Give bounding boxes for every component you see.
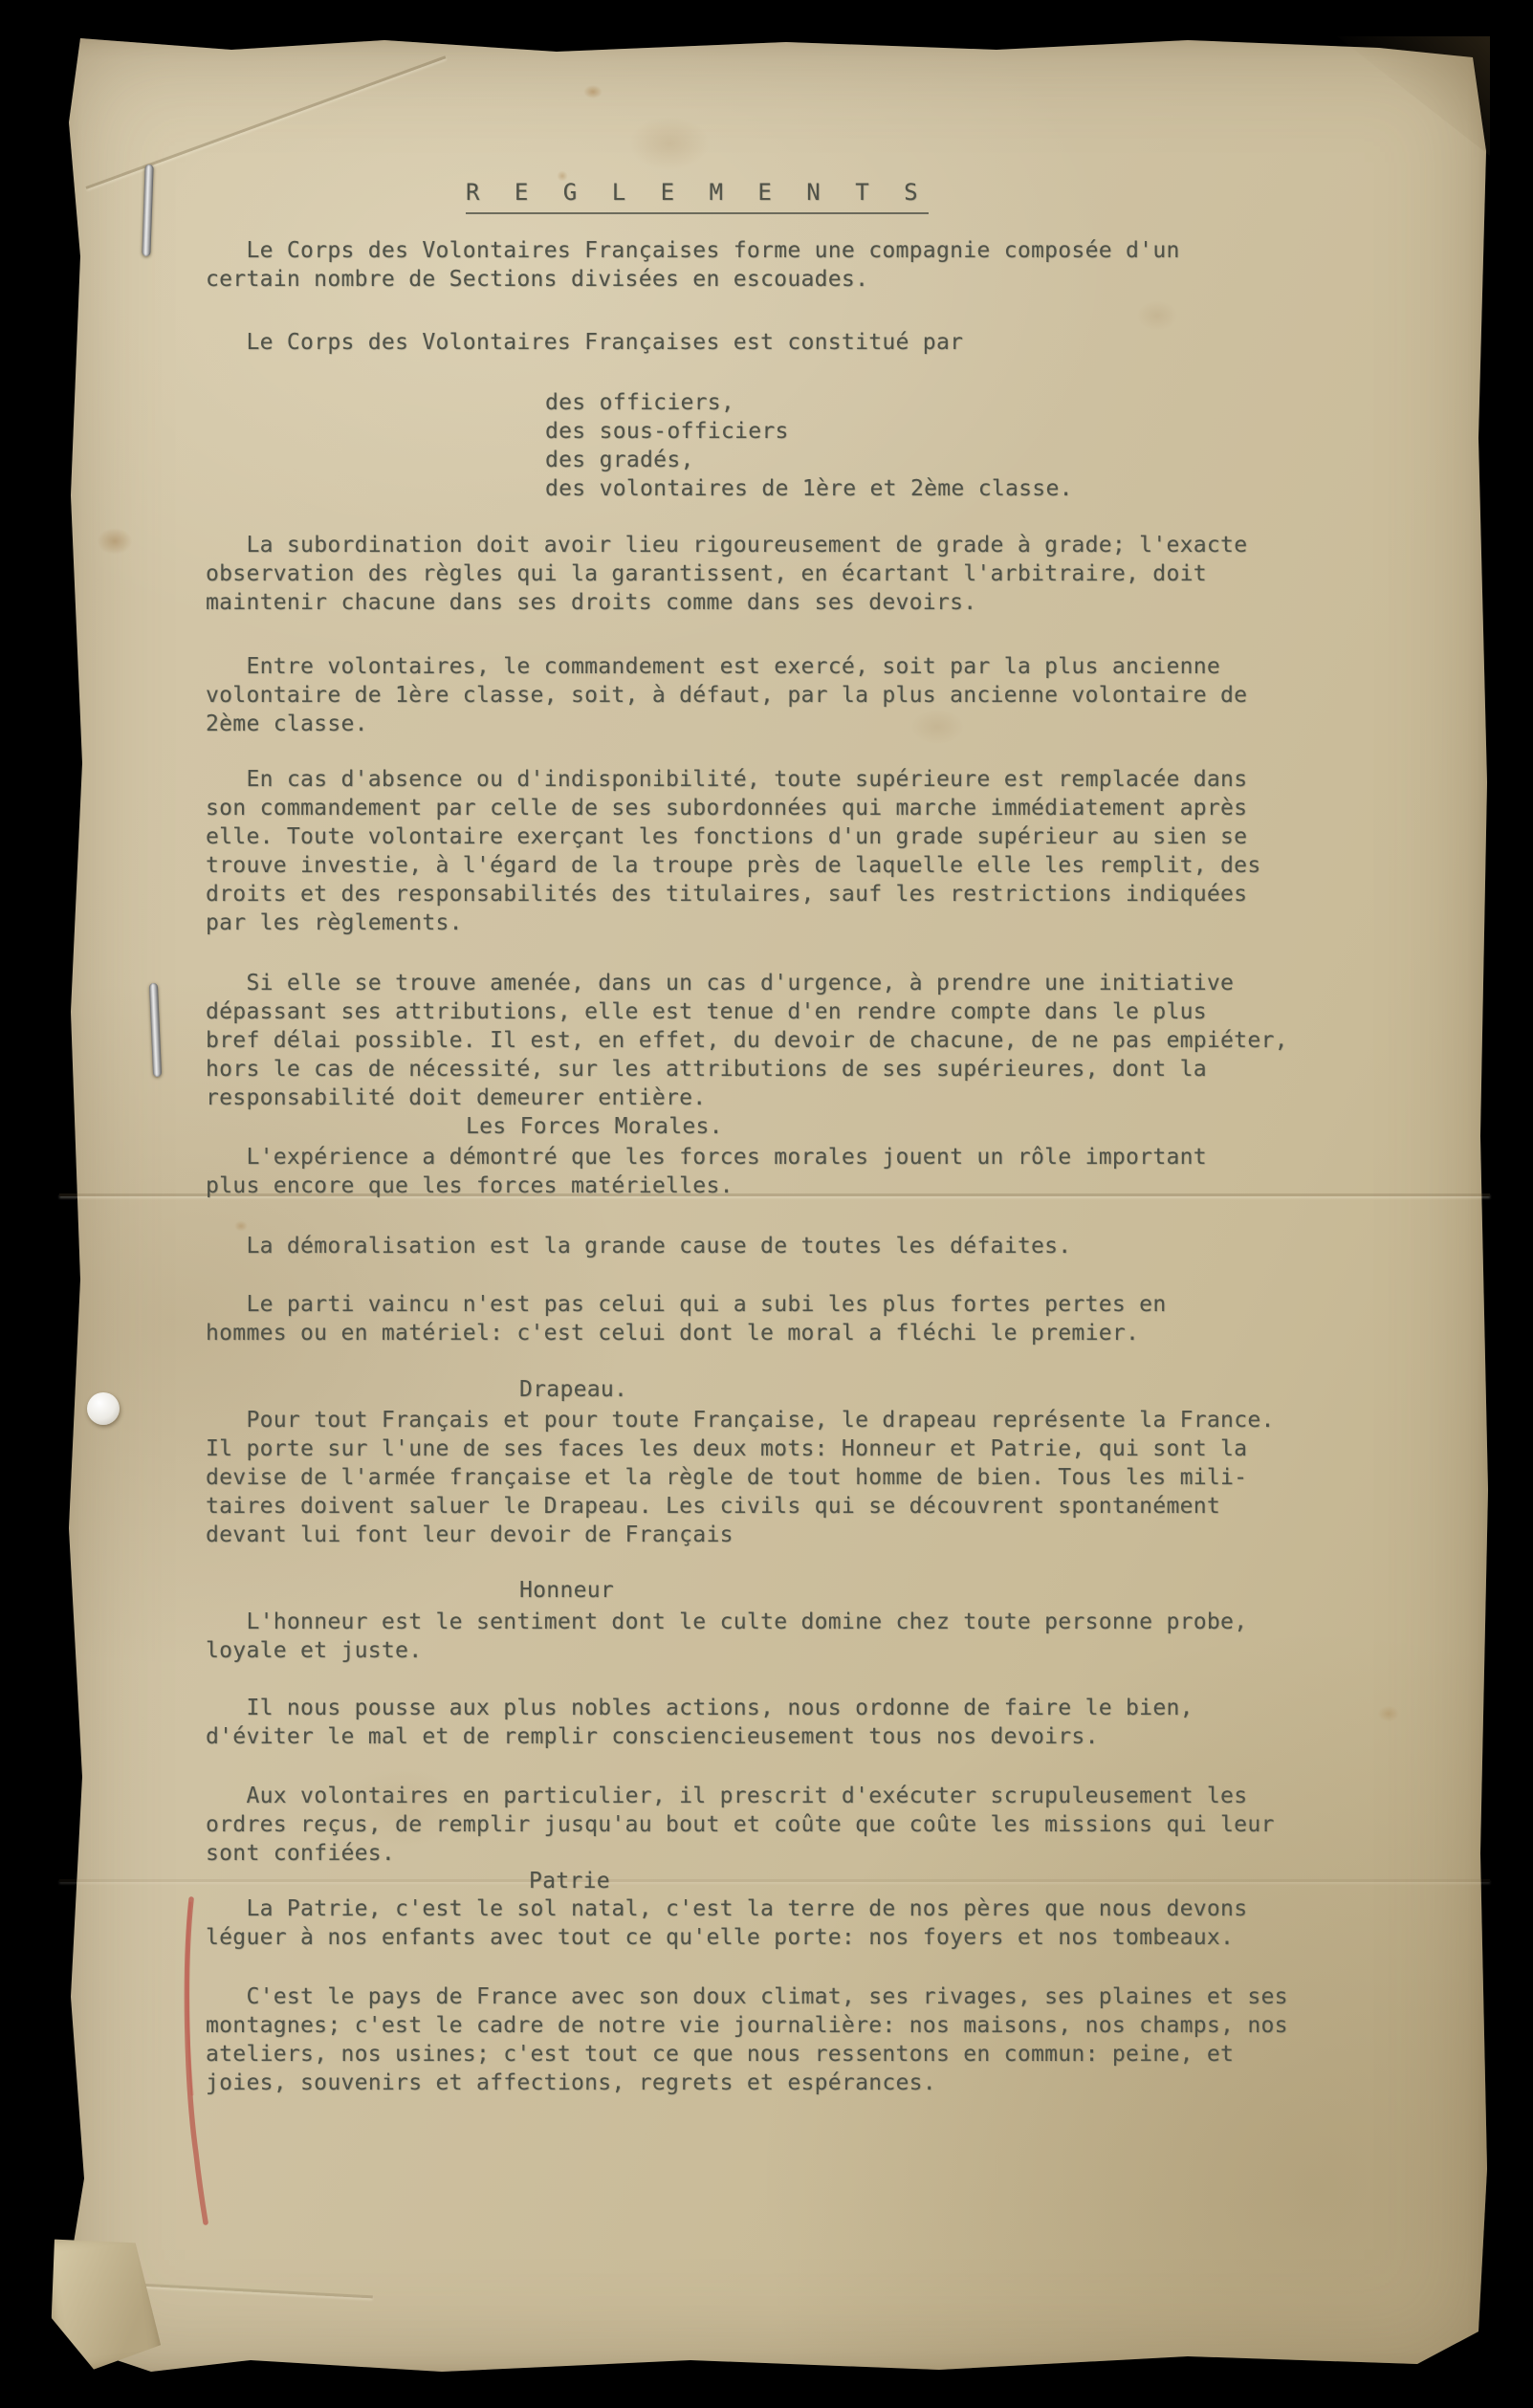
scanned-document-page: R E G L E M E N T S Le Corps des Volonta… bbox=[0, 0, 1533, 2408]
paragraph-pays-de-france: C'est le pays de France avec son doux cl… bbox=[206, 1982, 1288, 2097]
paragraph-corps-compagnie: Le Corps des Volontaires Françaises form… bbox=[206, 236, 1180, 294]
section-heading-drapeau: Drapeau. bbox=[519, 1375, 627, 1404]
paragraph-honneur-sentiment: L'honneur est le sentiment dont le culte… bbox=[206, 1608, 1247, 1665]
paragraph-parti-vaincu: Le parti vaincu n'est pas celui qui a su… bbox=[206, 1290, 1166, 1347]
paragraph-subordination: La subordination doit avoir lieu rigoure… bbox=[206, 531, 1247, 617]
section-heading-honneur: Honneur bbox=[519, 1576, 614, 1605]
paragraph-nobles-actions: Il nous pousse aux plus nobles actions, … bbox=[206, 1694, 1194, 1751]
paragraph-corps-constitue: Le Corps des Volontaires Françaises est … bbox=[206, 328, 963, 357]
document-title: R E G L E M E N T S bbox=[466, 178, 929, 214]
list-composition: des officiers, des sous-officiers des gr… bbox=[545, 388, 1073, 503]
section-heading-forces-morales: Les Forces Morales. bbox=[466, 1112, 723, 1141]
typed-text-layer: R E G L E M E N T S Le Corps des Volonta… bbox=[0, 0, 1533, 2408]
paragraph-aux-volontaires: Aux volontaires en particulier, il presc… bbox=[206, 1782, 1275, 1868]
section-heading-patrie: Patrie bbox=[529, 1867, 610, 1895]
paragraph-entre-volontaires: Entre volontaires, le commandement est e… bbox=[206, 652, 1247, 738]
paragraph-patrie-sol-natal: La Patrie, c'est le sol natal, c'est la … bbox=[206, 1894, 1247, 1952]
paragraph-initiative: Si elle se trouve amenée, dans un cas d'… bbox=[206, 969, 1288, 1112]
paragraph-demoralisation: La démoralisation est la grande cause de… bbox=[206, 1232, 1071, 1260]
paragraph-drapeau: Pour tout Français et pour toute Françai… bbox=[206, 1406, 1275, 1549]
paragraph-experience: L'expérience a démontré que les forces m… bbox=[206, 1143, 1207, 1200]
paragraph-absence: En cas d'absence ou d'indisponibilité, t… bbox=[206, 765, 1260, 937]
